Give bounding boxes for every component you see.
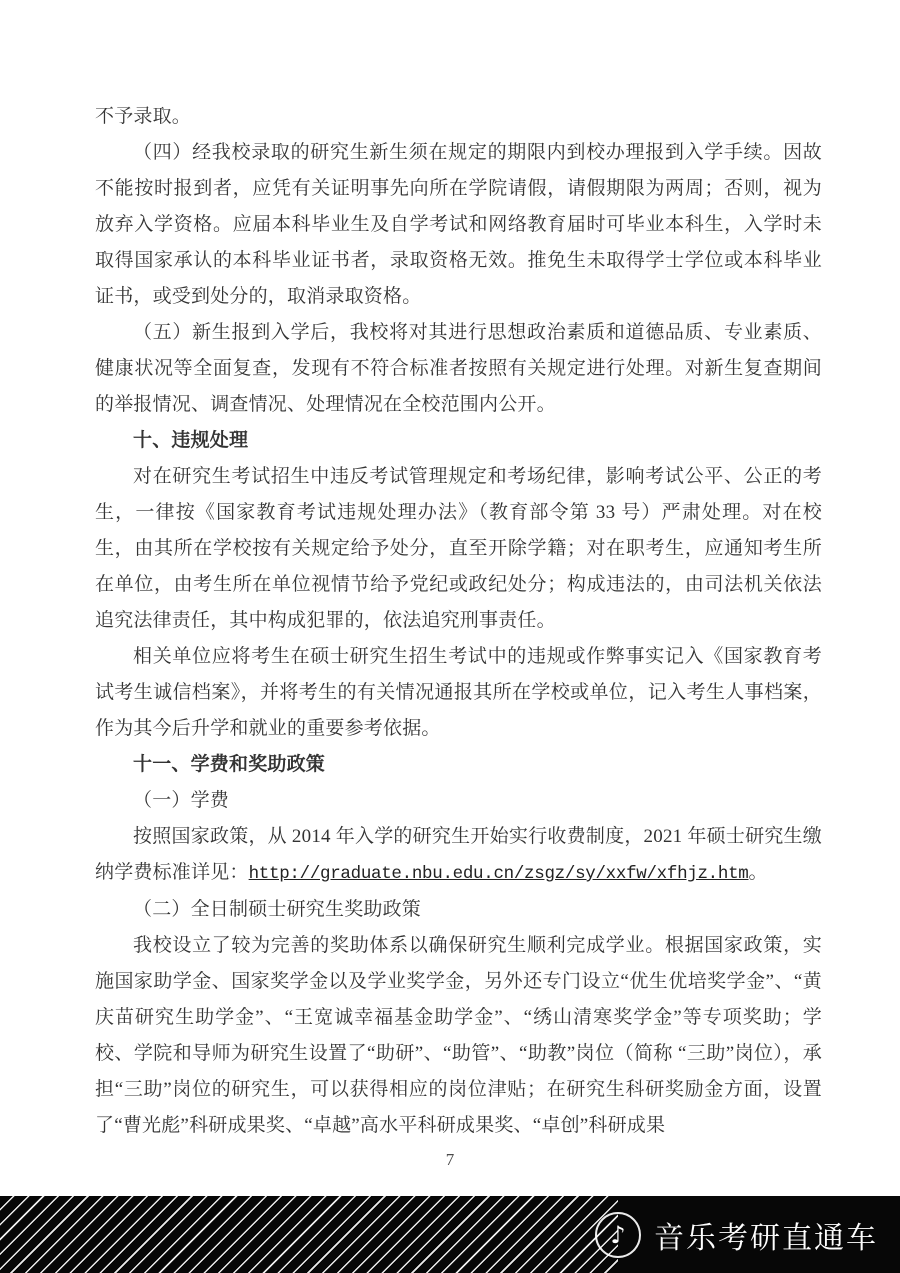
watermark-bar: ♪ 音乐考研直通车 xyxy=(0,1196,900,1273)
diagonal-stripes-decoration xyxy=(0,1196,618,1273)
section-heading-violations: 十、违规处理 xyxy=(95,423,822,459)
watermark-text: 音乐考研直通车 xyxy=(654,1213,878,1257)
paragraph: 对在研究生考试招生中违反考试管理规定和考场纪律，影响考试公平、公正的考生，一律按… xyxy=(95,459,822,639)
tuition-suffix: 。 xyxy=(749,862,768,883)
logo-glyph: ♪ xyxy=(610,1223,625,1247)
paragraph: 相关单位应将考生在硕士研究生招生考试中的违规或作弊事实记入《国家教育考试考生诚信… xyxy=(95,639,822,747)
tuition-paragraph: 按照国家政策，从 2014 年入学的研究生开始实行收费制度，2021 年硕士研究… xyxy=(95,819,822,892)
document-body: 不予录取。 （四）经我校录取的研究生新生须在规定的期限内到校办理报到入学手续。因… xyxy=(95,99,822,1144)
section-heading-tuition-aid: 十一、学费和奖助政策 xyxy=(95,747,822,783)
paragraph: （四）经我校录取的研究生新生须在规定的期限内到校办理报到入学手续。因故不能按时报… xyxy=(95,135,822,315)
paragraph: 不予录取。 xyxy=(95,99,822,135)
page-number: 7 xyxy=(0,1150,900,1170)
footer-brand: ♪ 音乐考研直通车 xyxy=(595,1196,878,1273)
music-note-logo-icon: ♪ xyxy=(595,1212,641,1258)
paragraph: 我校设立了较为完善的奖助体系以确保研究生顺利完成学业。根据国家政策，实施国家助学… xyxy=(95,928,822,1144)
tuition-link[interactable]: http://graduate.nbu.edu.cn/zsgz/sy/xxfw/… xyxy=(249,864,749,884)
subsection-heading-tuition: （一）学费 xyxy=(95,783,822,819)
document-page: 不予录取。 （四）经我校录取的研究生新生须在规定的期限内到校办理报到入学手续。因… xyxy=(0,0,900,1273)
paragraph: （五）新生报到入学后，我校将对其进行思想政治素质和道德品质、专业素质、健康状况等… xyxy=(95,315,822,423)
subsection-heading-aid-policy: （二）全日制硕士研究生奖助政策 xyxy=(95,892,822,928)
